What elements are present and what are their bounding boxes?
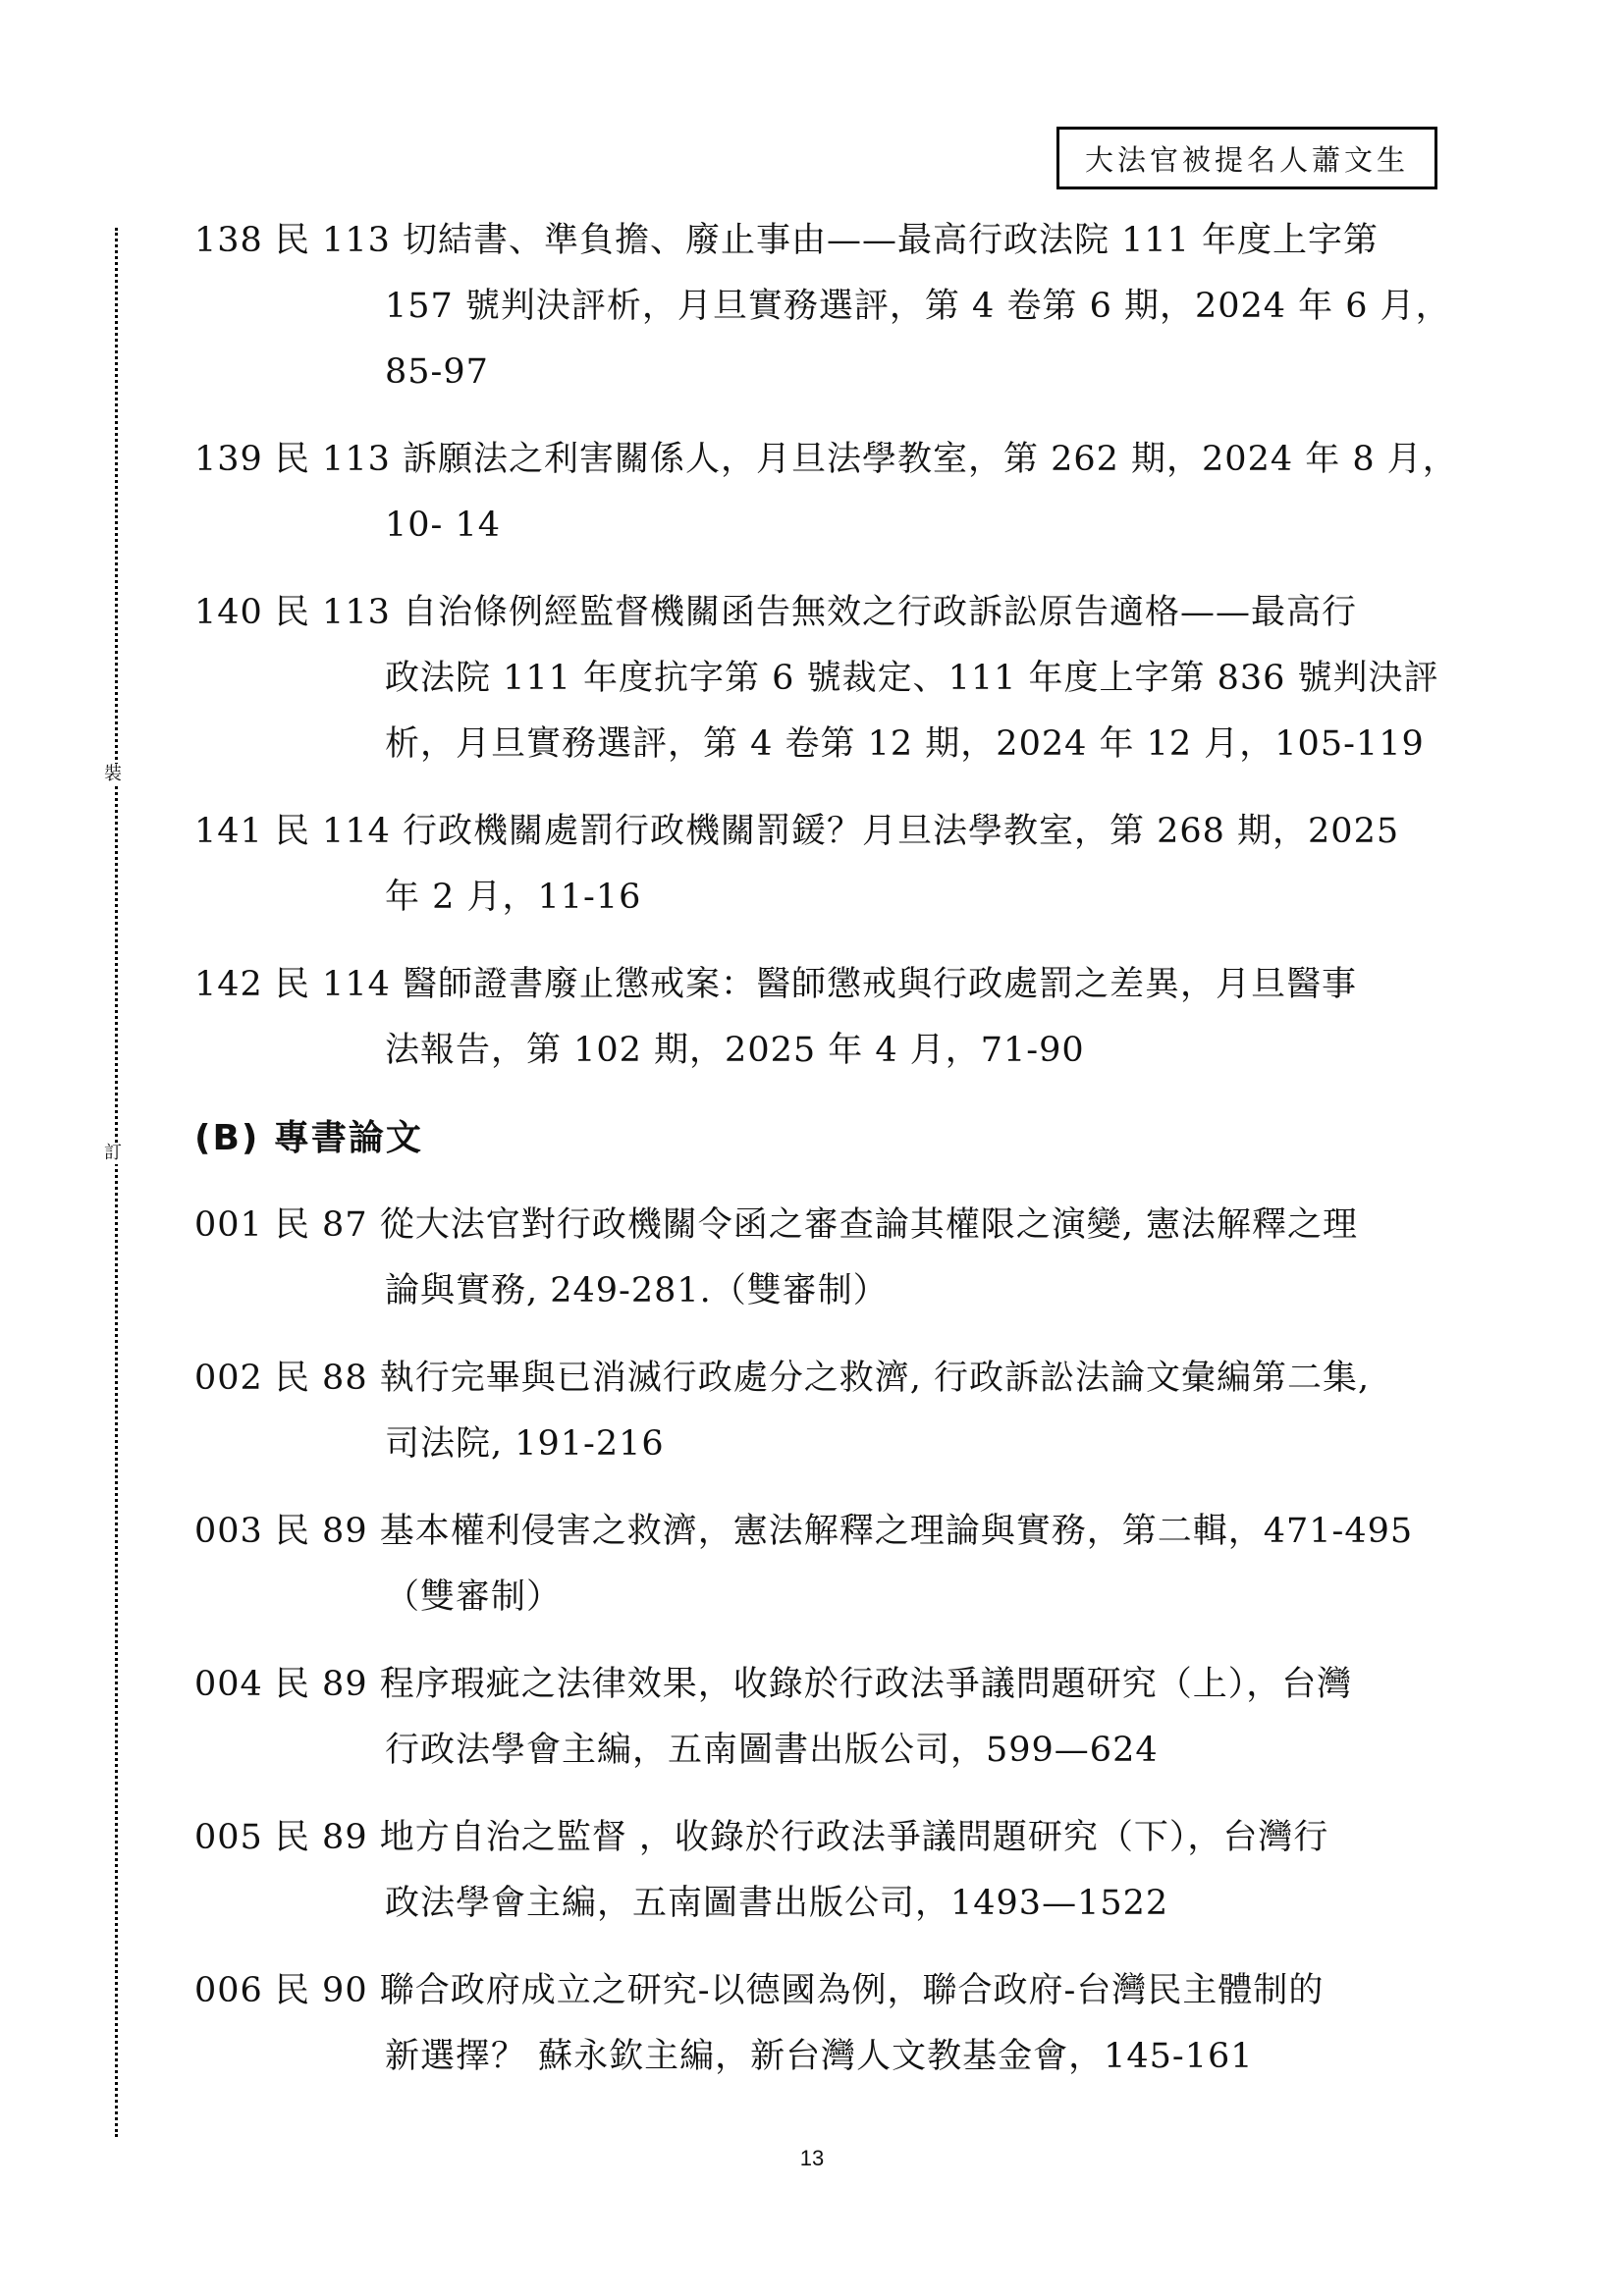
- entry-line: 論與實務, 249-281.（雙審制）: [194, 1258, 1453, 1324]
- entry-line: 004 民 89 程序瑕疵之法律效果，收錄於行政法爭議問題研究（上），台灣: [194, 1652, 1453, 1718]
- entry-line: 新選擇？ 蘇永欽主編，新台灣人文教基金會，145-161: [194, 2024, 1453, 2090]
- list-item-004: 004 民 89 程序瑕疵之法律效果，收錄於行政法爭議問題研究（上），台灣 行政…: [194, 1652, 1453, 1784]
- list-item-140: 140 民 113 自治條例經監督機關函告無效之行政訴訟原告適格——最高行 政法…: [194, 580, 1453, 777]
- header-title: 大法官被提名人蕭文生: [1085, 138, 1409, 179]
- list-item-001: 001 民 87 從大法官對行政機關令函之審查論其權限之演變, 憲法解釋之理 論…: [194, 1193, 1453, 1324]
- entry-line: 10- 14: [194, 493, 1453, 559]
- entry-line: 司法院, 191-216: [194, 1412, 1453, 1477]
- entry-line: 政法學會主編，五南圖書出版公司，1493—1522: [194, 1871, 1453, 1937]
- entry-line: 005 民 89 地方自治之監督 ，收錄於行政法爭議問題研究（下），台灣行: [194, 1805, 1453, 1871]
- section-heading-monographs: (B) 專書論文: [194, 1105, 1453, 1171]
- entry-line: 157 號判決評析，月旦實務選評，第 4 卷第 6 期，2024 年 6 月，: [194, 274, 1453, 340]
- entry-line: 138 民 113 切結書、準負擔、廢止事由——最高行政法院 111 年度上字第: [194, 208, 1453, 274]
- page-number: 13: [0, 2146, 1624, 2171]
- entry-line: 141 民 114 行政機關處罰行政機關罰鍰？月旦法學教室，第 268 期，20…: [194, 799, 1453, 865]
- list-item-139: 139 民 113 訴願法之利害關係人，月旦法學教室，第 262 期，2024 …: [194, 427, 1453, 559]
- list-item-005: 005 民 89 地方自治之監督 ，收錄於行政法爭議問題研究（下），台灣行 政法…: [194, 1805, 1453, 1937]
- entry-line: 政法院 111 年度抗字第 6 號裁定、111 年度上字第 836 號判決評: [194, 646, 1453, 712]
- entry-line: （雙審制）: [194, 1565, 1453, 1630]
- list-item-002: 002 民 88 執行完畢與已消滅行政處分之救濟, 行政訴訟法論文彙編第二集, …: [194, 1346, 1453, 1477]
- list-item-142: 142 民 114 醫師證書廢止懲戒案：醫師懲戒與行政處罰之差異，月旦醫事 法報…: [194, 952, 1453, 1084]
- entry-line: 142 民 114 醫師證書廢止懲戒案：醫師懲戒與行政處罰之差異，月旦醫事: [194, 952, 1453, 1018]
- entry-line: 行政法學會主編，五南圖書出版公司，599—624: [194, 1718, 1453, 1784]
- entry-line: 法報告，第 102 期，2025 年 4 月，71-90: [194, 1018, 1453, 1084]
- list-item-003: 003 民 89 基本權利侵害之救濟，憲法解釋之理論與實務，第二輯，471-49…: [194, 1499, 1453, 1630]
- binding-char-ding: 訂: [102, 1143, 124, 1164]
- entry-line: 003 民 89 基本權利侵害之救濟，憲法解釋之理論與實務，第二輯，471-49…: [194, 1499, 1453, 1565]
- list-item-006: 006 民 90 聯合政府成立之研究-以德國為例，聯合政府-台灣民主體制的 新選…: [194, 1958, 1453, 2090]
- entry-line: 年 2 月，11-16: [194, 865, 1453, 931]
- entry-line: 140 民 113 自治條例經監督機關函告無效之行政訴訟原告適格——最高行: [194, 580, 1453, 646]
- binding-margin-line: [115, 228, 118, 2137]
- entry-line: 139 民 113 訴願法之利害關係人，月旦法學教室，第 262 期，2024 …: [194, 427, 1453, 493]
- nominee-header-box: 大法官被提名人蕭文生: [1056, 127, 1437, 189]
- list-item-138: 138 民 113 切結書、準負擔、廢止事由——最高行政法院 111 年度上字第…: [194, 208, 1453, 405]
- entry-line: 001 民 87 從大法官對行政機關令函之審查論其權限之演變, 憲法解釋之理: [194, 1193, 1453, 1258]
- entry-line: 85-97: [194, 340, 1453, 405]
- entry-line: 006 民 90 聯合政府成立之研究-以德國為例，聯合政府-台灣民主體制的: [194, 1958, 1453, 2024]
- publication-list: 138 民 113 切結書、準負擔、廢止事由——最高行政法院 111 年度上字第…: [194, 208, 1453, 2111]
- entry-line: 析，月旦實務選評，第 4 卷第 12 期，2024 年 12 月，105-119: [194, 712, 1453, 777]
- list-item-141: 141 民 114 行政機關處罰行政機關罰鍰？月旦法學教室，第 268 期，20…: [194, 799, 1453, 931]
- entry-line: 002 民 88 執行完畢與已消滅行政處分之救濟, 行政訴訟法論文彙編第二集,: [194, 1346, 1453, 1412]
- binding-char-zhuang: 裝: [102, 764, 124, 785]
